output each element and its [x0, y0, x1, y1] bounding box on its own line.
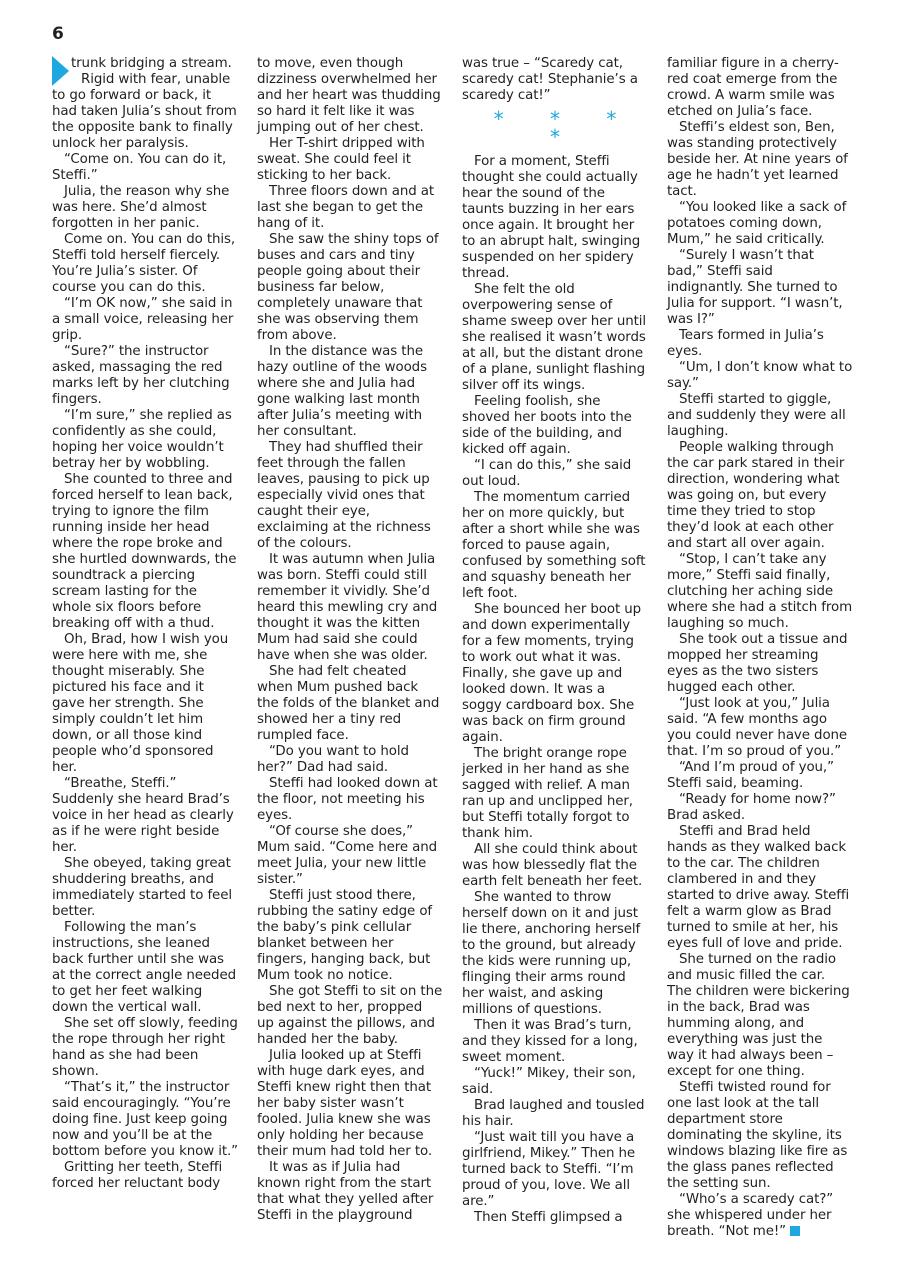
paragraph: She wanted to throw herself down on it a…: [462, 890, 648, 1018]
paragraph: “Sure?” the instructor asked, massaging …: [52, 344, 238, 408]
paragraph: They had shuffled their feet through the…: [257, 440, 443, 552]
text-column-4: familiar figure in a cherry-red coat eme…: [667, 56, 853, 1240]
continuation-paragraph: to move, even though dizziness overwhelm…: [257, 56, 443, 136]
paragraph: The momentum carried her on more quickly…: [462, 490, 648, 602]
paragraph: “Stop, I can’t take any more,” Steffi sa…: [667, 552, 853, 632]
paragraph: “Of course she does,” Mum said. “Come he…: [257, 824, 443, 888]
final-paragraph: “Who’s a scaredy cat?” she whispered und…: [667, 1192, 853, 1240]
paragraph: “Yuck!” Mikey, their son, said.: [462, 1066, 648, 1098]
paragraph: She had felt cheated when Mum pushed bac…: [257, 664, 443, 744]
text-column-1: trunk bridging a stream. Rigid with fear…: [52, 56, 238, 1192]
paragraph: “Ready for home now?” Brad asked.: [667, 792, 853, 824]
paragraph: Following the man’s instructions, she le…: [52, 920, 238, 1016]
paragraph: She got Steffi to sit on the bed next to…: [257, 984, 443, 1048]
paragraph: Steffi just stood there, rubbing the sat…: [257, 888, 443, 984]
paragraph: Then it was Brad’s turn, and they kissed…: [462, 1018, 648, 1066]
paragraph: “I’m sure,” she replied as confidently a…: [52, 408, 238, 472]
opening-paragraph: trunk bridging a stream. Rigid with fear…: [52, 56, 238, 152]
paragraph: Her T-shirt dripped with sweat. She coul…: [257, 136, 443, 184]
paragraph: Julia, the reason why she was here. She’…: [52, 184, 238, 232]
paragraph: “Um, I don’t know what to say.”: [667, 360, 853, 392]
paragraph: “You looked like a sack of potatoes comi…: [667, 200, 853, 248]
paragraph: Gritting her teeth, Steffi forced her re…: [52, 1160, 238, 1192]
paragraph: It was autumn when Julia was born. Steff…: [257, 552, 443, 664]
paragraph: In the distance was the hazy outline of …: [257, 344, 443, 440]
paragraph: All she could think about was how blesse…: [462, 842, 648, 890]
paragraph: “I can do this,” she said out loud.: [462, 458, 648, 490]
paragraph: “Come on. You can do it, Steffi.”: [52, 152, 238, 184]
paragraph: She turned on the radio and music filled…: [667, 952, 853, 1080]
paragraph: Then Steffi glimpsed a: [462, 1210, 648, 1226]
opening-line-2: Rigid with fear, unable: [52, 72, 238, 88]
paragraph: The bright orange rope jerked in her han…: [462, 746, 648, 842]
opening-line-1: trunk bridging a stream.: [52, 56, 238, 72]
paragraph: “Do you want to hold her?” Dad had said.: [257, 744, 443, 776]
paragraph: Three floors down and at last she began …: [257, 184, 443, 232]
paragraph: “Surely I wasn’t that bad,” Steffi said …: [667, 248, 853, 328]
paragraph: She felt the old overpowering sense of s…: [462, 282, 648, 394]
paragraph: Steffi and Brad held hands as they walke…: [667, 824, 853, 952]
opening-rest: to go forward or back, it had taken Juli…: [52, 88, 237, 151]
paragraph: Come on. You can do this, Steffi told he…: [52, 232, 238, 296]
text-column-3: was true – “Scaredy cat, scaredy cat! St…: [462, 56, 648, 1226]
section-break-asterisks: * * * *: [462, 110, 648, 146]
paragraph: Steffi twisted round for one last look a…: [667, 1080, 853, 1192]
paragraph: She saw the shiny tops of buses and cars…: [257, 232, 443, 344]
paragraph: “Breathe, Steffi.” Suddenly she heard Br…: [52, 776, 238, 856]
paragraph: She took out a tissue and mopped her str…: [667, 632, 853, 696]
paragraph: “That’s it,” the instructor said encoura…: [52, 1080, 238, 1160]
paragraph: Tears formed in Julia’s eyes.: [667, 328, 853, 360]
final-paragraph-text: “Who’s a scaredy cat?” she whispered und…: [667, 1192, 833, 1239]
end-of-story-square-icon: [790, 1226, 800, 1236]
paragraph: Feeling foolish, she shoved her boots in…: [462, 394, 648, 458]
paragraph: Oh, Brad, how I wish you were here with …: [52, 632, 238, 776]
paragraph: “And I’m proud of you,” Steffi said, bea…: [667, 760, 853, 792]
text-column-2: to move, even though dizziness overwhelm…: [257, 56, 443, 1224]
paragraph: Steffi had looked down at the floor, not…: [257, 776, 443, 824]
paragraph: Steffi’s eldest son, Ben, was standing p…: [667, 120, 853, 200]
paragraph: “Just look at you,” Julia said. “A few m…: [667, 696, 853, 760]
continuation-paragraph: familiar figure in a cherry-red coat eme…: [667, 56, 853, 120]
paragraph: She counted to three and forced herself …: [52, 472, 238, 632]
continuation-paragraph: was true – “Scaredy cat, scaredy cat! St…: [462, 56, 648, 104]
paragraph: For a moment, Steffi thought she could a…: [462, 154, 648, 282]
paragraph: People walking through the car park star…: [667, 440, 853, 552]
paragraph: Julia looked up at Steffi with huge dark…: [257, 1048, 443, 1160]
paragraph: Brad laughed and tousled his hair.: [462, 1098, 648, 1130]
paragraph: “Just wait till you have a girlfriend, M…: [462, 1130, 648, 1210]
paragraph: Steffi started to giggle, and suddenly t…: [667, 392, 853, 440]
paragraph: “I’m OK now,” she said in a small voice,…: [52, 296, 238, 344]
paragraph: She obeyed, taking great shuddering brea…: [52, 856, 238, 920]
paragraph: It was as if Julia had known right from …: [257, 1160, 443, 1224]
paragraph: She set off slowly, feeding the rope thr…: [52, 1016, 238, 1080]
page-number: 6: [52, 24, 64, 44]
paragraph: She bounced her boot up and down experim…: [462, 602, 648, 746]
